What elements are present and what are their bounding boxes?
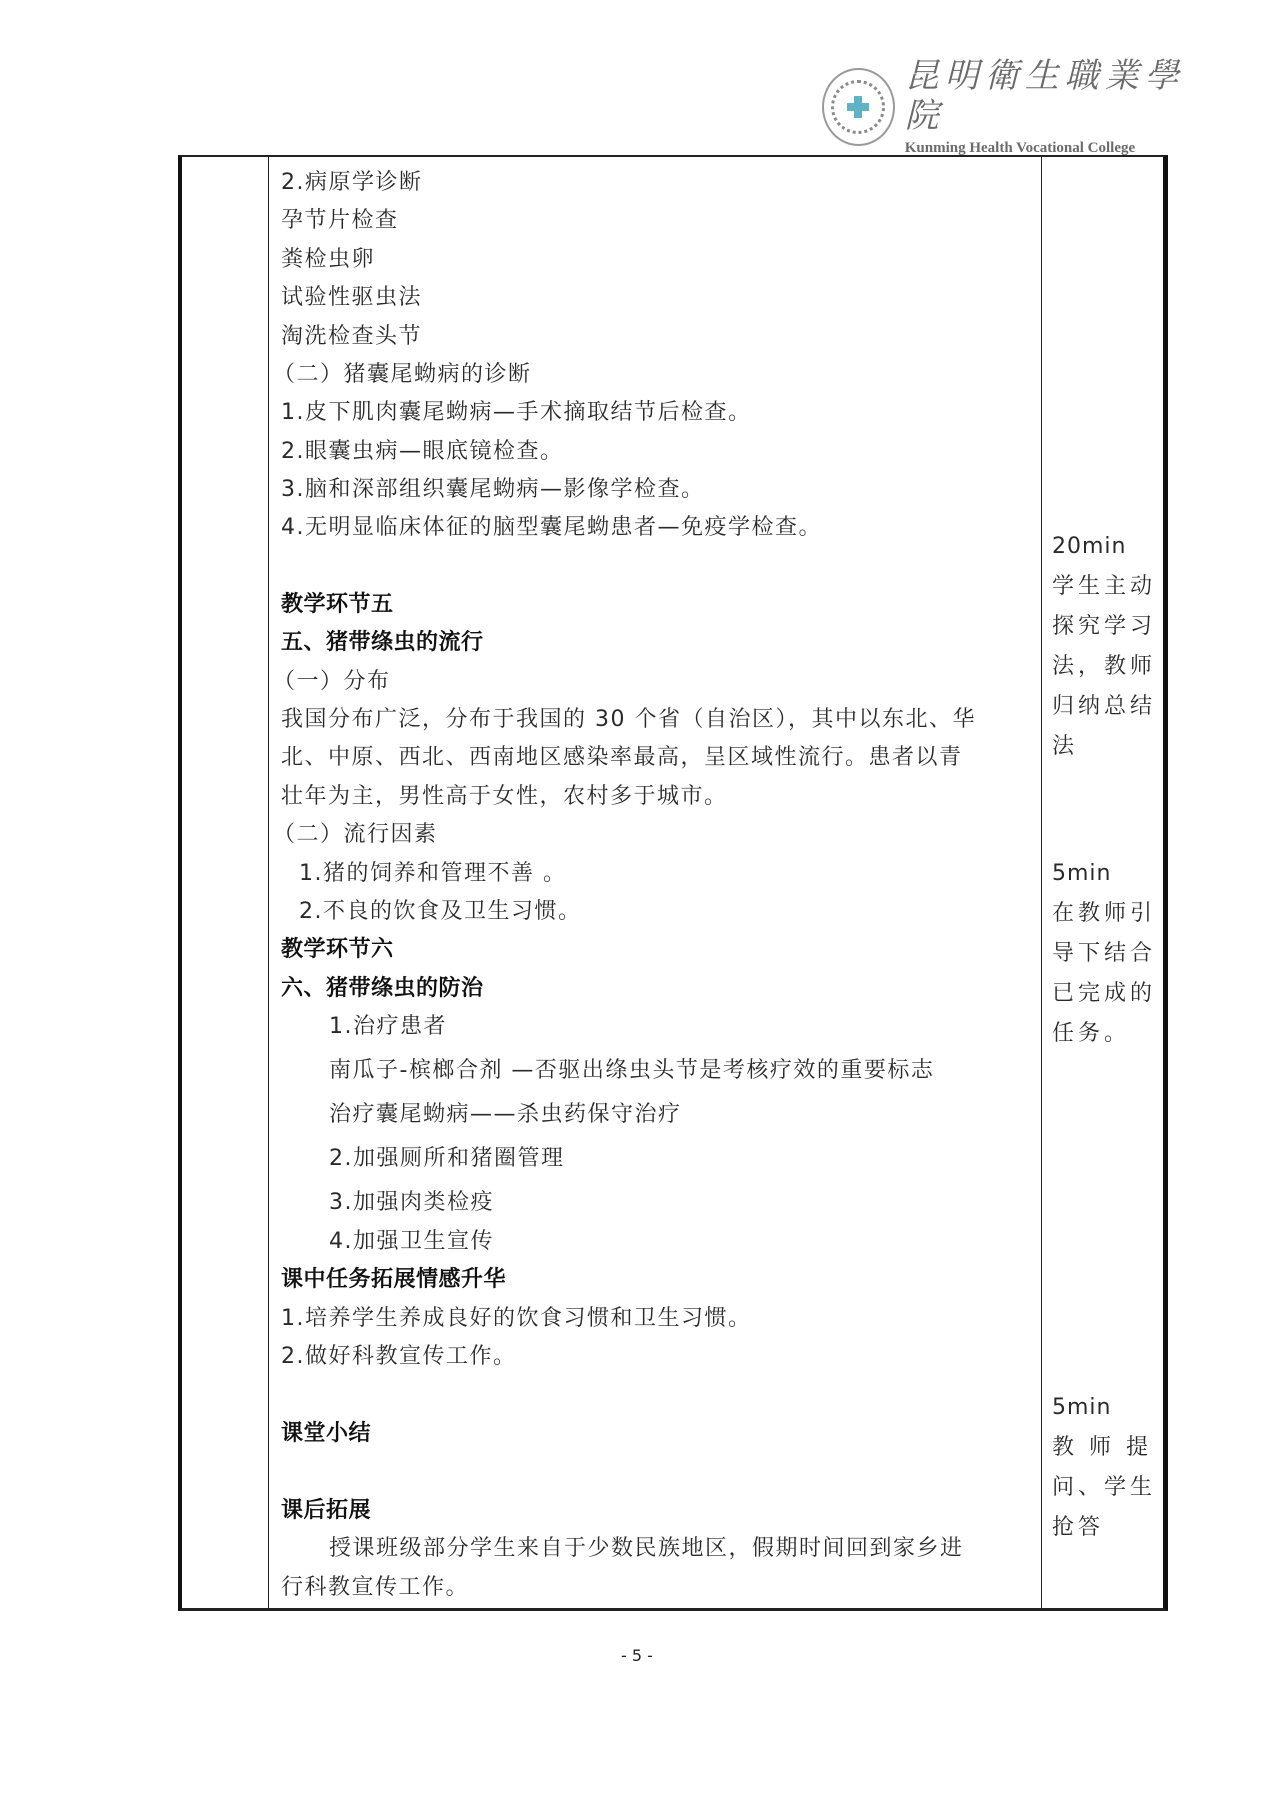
content-line: 1.皮下肌肉囊尾蚴病—手术摘取结节后检查。 [281,399,752,427]
section-heading: 课堂小结 [281,1420,371,1448]
side-note: 20min学生主动探究学习法，教师归纳总结法 [1052,527,1162,767]
content-line: 壮年为主，男性高于女性，农村多于城市。 [281,783,728,811]
table-column-notes: 20min学生主动探究学习法，教师归纳总结法5min在教师引导下结合已完成的任务… [1042,157,1167,1608]
content-line: 4.无明显临床体征的脑型囊尾蚴患者—免疫学检查。 [281,514,822,542]
content-line: 1.猪的饲养和管理不善 。 [299,860,566,888]
table-column-content: 2.病原学诊断孕节片检查粪检虫卵试验性驱虫法淘洗检查头节（二）猪囊尾蚴病的诊断1… [269,157,1042,1608]
section-heading: 课后拓展 [281,1497,371,1525]
section-heading: 教学环节五 [281,591,394,619]
content-line: 3.加强肉类检疫 [329,1189,494,1217]
content-line: 3.脑和深部组织囊尾蚴病—影像学检查。 [281,476,705,504]
side-note-method: 教 师 提问、学生抢答 [1052,1428,1162,1548]
side-note-method: 学生主动探究学习法，教师归纳总结法 [1052,567,1162,767]
content-line: （二）猪囊尾蚴病的诊断 [273,361,532,389]
content-line: 南瓜子-槟榔合剂 —否驱出绦虫头节是考核疗效的重要标志 [329,1057,934,1085]
content-line: 授课班级部分学生来自于少数民族地区，假期时间回到家乡进 [329,1535,964,1563]
content-line: 2.加强厕所和猪圈管理 [329,1145,565,1173]
section-heading: 五、猪带绦虫的流行 [281,629,484,657]
content-line: 1.治疗患者 [329,1013,447,1041]
content-line: 2.做好科教宣传工作。 [281,1343,517,1371]
lesson-plan-table: 2.病原学诊断孕节片检查粪检虫卵试验性驱虫法淘洗检查头节（二）猪囊尾蚴病的诊断1… [178,155,1168,1611]
side-note: 5min在教师引导下结合已完成的任务。 [1052,854,1162,1054]
medical-cross-icon [847,96,869,118]
college-name-cn: 昆明衛生職業學院 [905,56,1202,136]
content-line: 淘洗检查头节 [281,323,422,351]
section-heading: 六、猪带绦虫的防治 [281,975,484,1003]
content-line: （一）分布 [273,668,391,696]
table-column-left [182,157,269,1608]
content-line: 我国分布广泛，分布于我国的 30 个省（自治区），其中以东北、华 [281,706,976,734]
content-line: 试验性驱虫法 [281,284,422,312]
page-number: - 5 - [0,1646,1274,1665]
side-note-duration: 20min [1052,527,1162,567]
college-emblem-icon [822,68,895,146]
side-note-duration: 5min [1052,854,1162,894]
content-line: 4.加强卫生宣传 [329,1228,494,1256]
section-heading: 课中任务拓展情感升华 [281,1266,506,1294]
content-line: 2.病原学诊断 [281,169,423,197]
side-note-duration: 5min [1052,1388,1162,1428]
college-logo: 昆明衛生職業學院 Kunming Health Vocational Colle… [822,64,1202,150]
side-note: 5min教 师 提问、学生抢答 [1052,1388,1162,1548]
section-heading: 教学环节六 [281,936,394,964]
content-line: （二）流行因素 [273,821,438,849]
content-line: 孕节片检查 [281,207,399,235]
content-line: 北、中原、西北、西南地区感染率最高，呈区域性流行。患者以青 [281,744,963,772]
side-note-method: 在教师引导下结合已完成的任务。 [1052,894,1162,1054]
content-line: 粪检虫卵 [281,246,375,274]
content-line: 治疗囊尾蚴病——杀虫药保守治疗 [329,1101,682,1129]
content-line: 1.培养学生养成良好的饮食习惯和卫生习惯。 [281,1305,752,1333]
content-line: 行科教宣传工作。 [281,1574,469,1602]
content-line: 2.不良的饮食及卫生习惯。 [299,898,582,926]
content-line: 2.眼囊虫病—眼底镜检查。 [281,438,564,466]
